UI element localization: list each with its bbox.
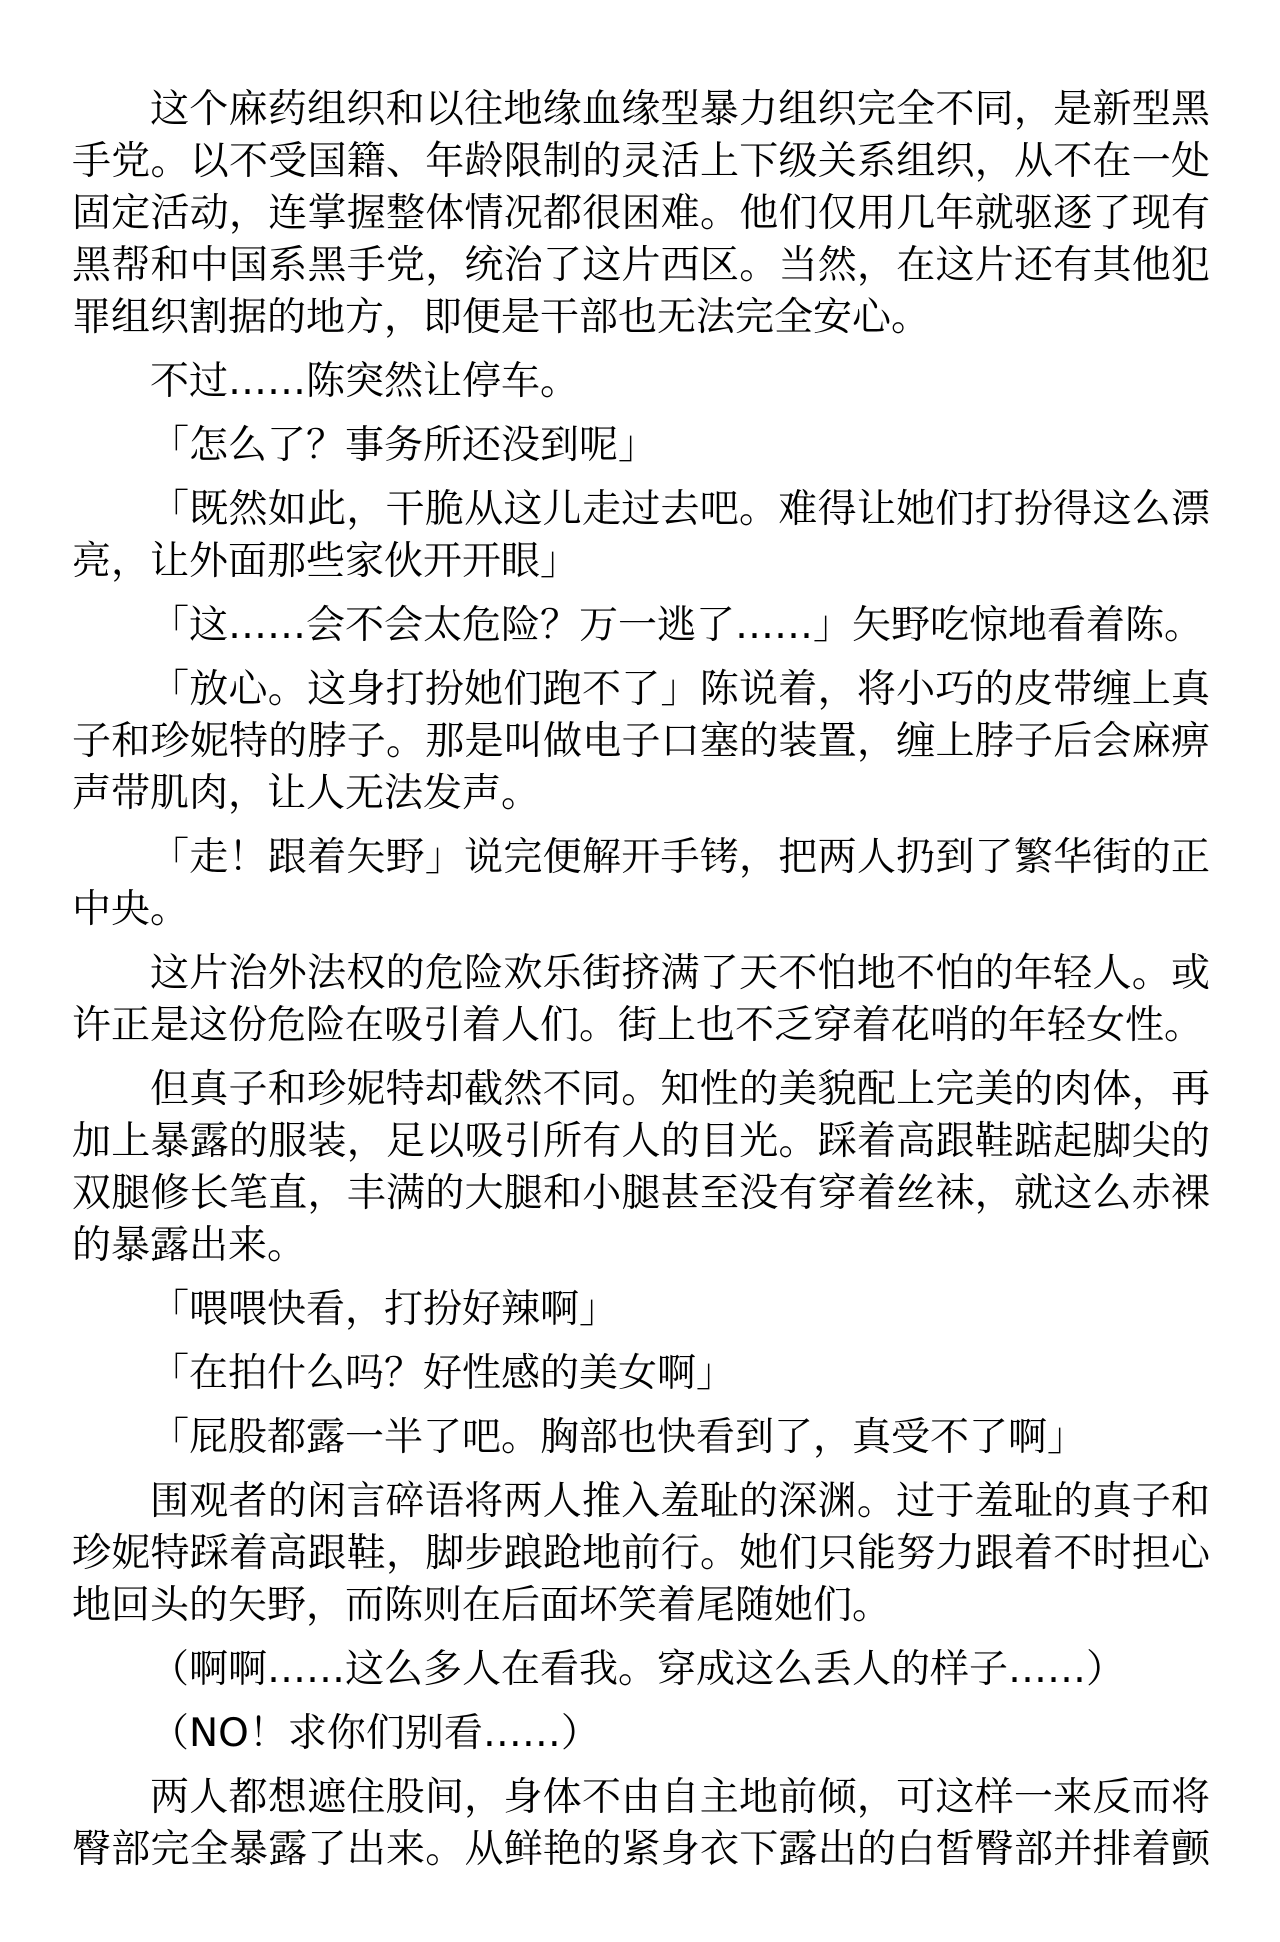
text-line: （啊啊……这么多人在看我。穿成这么丢人的样子……） xyxy=(72,1644,1210,1696)
text-line: 这个麻药组织和以往地缘血缘型暴力组织完全不同，是新型黑 xyxy=(72,84,1210,136)
text-line: 手党。以不受国籍、年龄限制的灵活上下级关系组织，从不在一处 xyxy=(72,136,1210,188)
document-page: 这个麻药组织和以往地缘血缘型暴力组织完全不同，是新型黑 手党。以不受国籍、年龄限… xyxy=(0,0,1280,1942)
text-line: 这片治外法权的危险欢乐街挤满了天不怕地不怕的年轻人。或 xyxy=(72,948,1210,1000)
text-line: 但真子和珍妮特却截然不同。知性的美貌配上完美的肉体，再 xyxy=(72,1064,1210,1116)
paragraph-dialogue: 「在拍什么吗？好性感的美女啊」 xyxy=(72,1348,1210,1400)
text-line: 子和珍妮特的脖子。那是叫做电子口塞的装置，缠上脖子后会麻痹 xyxy=(72,716,1210,768)
paragraph-narration: 这片治外法权的危险欢乐街挤满了天不怕地不怕的年轻人。或 许正是这份危险在吸引着人… xyxy=(72,948,1210,1052)
text-line: 黑帮和中国系黑手党，统治了这片西区。当然，在这片还有其他犯 xyxy=(72,240,1210,292)
text-line: 亮，让外面那些家伙开开眼」 xyxy=(72,536,1210,588)
paragraph-thought: （啊啊……这么多人在看我。穿成这么丢人的样子……） xyxy=(72,1644,1210,1696)
text-line: 臀部完全暴露了出来。从鲜艳的紧身衣下露出的白皙臀部并排着颤 xyxy=(72,1824,1210,1876)
text-line: （NO！求你们别看……） xyxy=(72,1708,1210,1760)
paragraph-narration: 这个麻药组织和以往地缘血缘型暴力组织完全不同，是新型黑 手党。以不受国籍、年龄限… xyxy=(72,84,1210,344)
text-line: 双腿修长笔直，丰满的大腿和小腿甚至没有穿着丝袜，就这么赤裸 xyxy=(72,1168,1210,1220)
paragraph-narration: 不过……陈突然让停车。 xyxy=(72,356,1210,408)
text-line: 两人都想遮住股间，身体不由自主地前倾，可这样一来反而将 xyxy=(72,1772,1210,1824)
text-line: 「屁股都露一半了吧。胸部也快看到了，真受不了啊」 xyxy=(72,1412,1210,1464)
paragraph-dialogue: 「喂喂快看，打扮好辣啊」 xyxy=(72,1284,1210,1336)
text-line: 固定活动，连掌握整体情况都很困难。他们仅用几年就驱逐了现有 xyxy=(72,188,1210,240)
paragraph-narration: 但真子和珍妮特却截然不同。知性的美貌配上完美的肉体，再 加上暴露的服装，足以吸引… xyxy=(72,1064,1210,1272)
paragraph-dialogue: 「放心。这身打扮她们跑不了」陈说着，将小巧的皮带缠上真 子和珍妮特的脖子。那是叫… xyxy=(72,664,1210,820)
text-line: 加上暴露的服装，足以吸引所有人的目光。踩着高跟鞋踮起脚尖的 xyxy=(72,1116,1210,1168)
text-line: 「放心。这身打扮她们跑不了」陈说着，将小巧的皮带缠上真 xyxy=(72,664,1210,716)
text-line: 围观者的闲言碎语将两人推入羞耻的深渊。过于羞耻的真子和 xyxy=(72,1476,1210,1528)
paragraph-dialogue: 「怎么了？事务所还没到呢」 xyxy=(72,420,1210,472)
paragraph-dialogue: 「既然如此，干脆从这儿走过去吧。难得让她们打扮得这么漂 亮，让外面那些家伙开开眼… xyxy=(72,484,1210,588)
paragraph-narration: 两人都想遮住股间，身体不由自主地前倾，可这样一来反而将 臀部完全暴露了出来。从鲜… xyxy=(72,1772,1210,1876)
paragraph-dialogue: 「这……会不会太危险？万一逃了……」矢野吃惊地看着陈。 xyxy=(72,600,1210,652)
text-line: 的暴露出来。 xyxy=(72,1220,1210,1272)
text-line: 「怎么了？事务所还没到呢」 xyxy=(72,420,1210,472)
text-line: 「既然如此，干脆从这儿走过去吧。难得让她们打扮得这么漂 xyxy=(72,484,1210,536)
text-line: 声带肌肉，让人无法发声。 xyxy=(72,768,1210,820)
text-line: 「喂喂快看，打扮好辣啊」 xyxy=(72,1284,1210,1336)
paragraph-thought: （NO！求你们别看……） xyxy=(72,1708,1210,1760)
text-line: 「走！跟着矢野」说完便解开手铐，把两人扔到了繁华街的正 xyxy=(72,832,1210,884)
text-line: 「这……会不会太危险？万一逃了……」矢野吃惊地看着陈。 xyxy=(72,600,1210,652)
paragraph-dialogue: 「屁股都露一半了吧。胸部也快看到了，真受不了啊」 xyxy=(72,1412,1210,1464)
text-line: 中央。 xyxy=(72,884,1210,936)
text-line: 不过……陈突然让停车。 xyxy=(72,356,1210,408)
text-line: 罪组织割据的地方，即便是干部也无法完全安心。 xyxy=(72,292,1210,344)
text-line: 地回头的矢野，而陈则在后面坏笑着尾随她们。 xyxy=(72,1580,1210,1632)
paragraph-narration: 围观者的闲言碎语将两人推入羞耻的深渊。过于羞耻的真子和 珍妮特踩着高跟鞋，脚步踉… xyxy=(72,1476,1210,1632)
text-line: 「在拍什么吗？好性感的美女啊」 xyxy=(72,1348,1210,1400)
paragraph-dialogue: 「走！跟着矢野」说完便解开手铐，把两人扔到了繁华街的正 中央。 xyxy=(72,832,1210,936)
text-line: 珍妮特踩着高跟鞋，脚步踉跄地前行。她们只能努力跟着不时担心 xyxy=(72,1528,1210,1580)
document-body: 这个麻药组织和以往地缘血缘型暴力组织完全不同，是新型黑 手党。以不受国籍、年龄限… xyxy=(72,84,1210,1888)
text-line: 许正是这份危险在吸引着人们。街上也不乏穿着花哨的年轻女性。 xyxy=(72,1000,1210,1052)
